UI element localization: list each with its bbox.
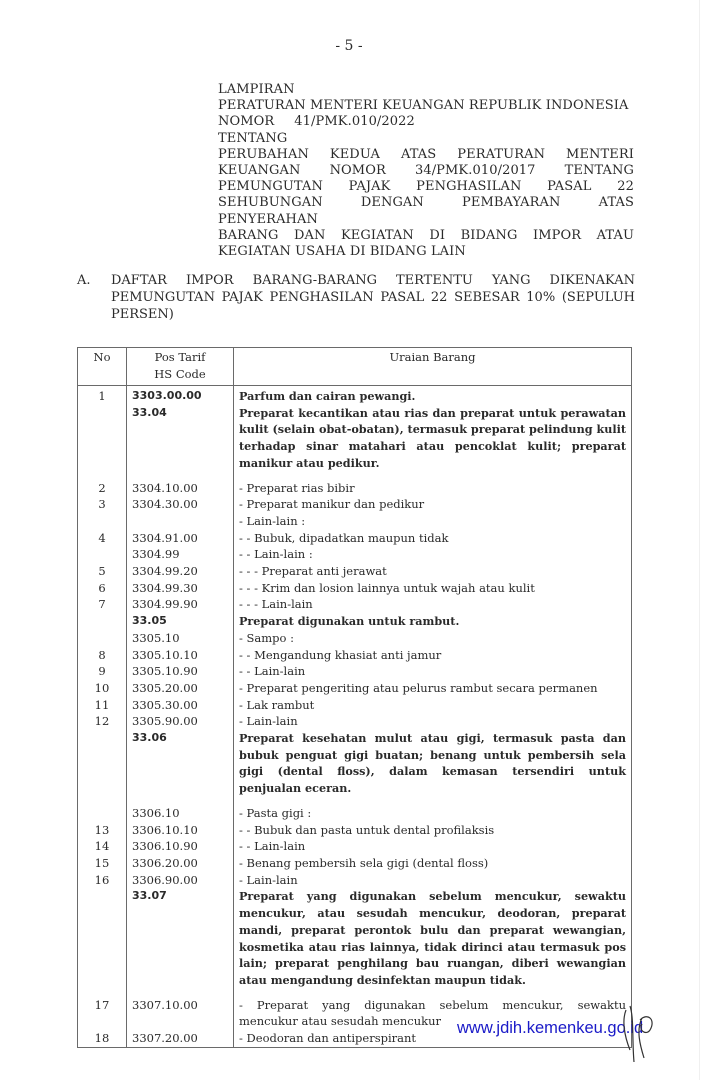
row-number: [78, 630, 127, 647]
row-number: 3: [78, 496, 127, 513]
table-row: 123305.90.00- Lain-lain: [78, 713, 632, 730]
row-spacer: [78, 797, 632, 805]
section-title-line: PERSEN): [111, 306, 635, 323]
row-number: 1: [78, 386, 127, 405]
header-hs-code: Pos Tarif HS Code: [127, 348, 234, 386]
item-description: - Lain-lain: [234, 872, 632, 889]
hs-code: 33.06: [127, 730, 234, 797]
item-description: - Pasta gigi :: [234, 805, 632, 822]
header-line: PERATURAN MENTERI KEUANGAN REPUBLIK INDO…: [218, 98, 634, 114]
section-title: DAFTAR IMPOR BARANG-BARANG TERTENTU YANG…: [111, 272, 635, 323]
item-description: - Sampo :: [234, 630, 632, 647]
hs-code: [127, 513, 234, 530]
row-number: 18: [78, 1030, 127, 1047]
item-description: - Preparat pengeriting atau pelurus ramb…: [234, 680, 632, 697]
header-line: PEMUNGUTAN PAJAK PENGHASILAN PASAL 22: [218, 179, 634, 195]
table-row: 33304.30.00- Preparat manikur dan pediku…: [78, 496, 632, 513]
hs-code: 3306.90.00: [127, 872, 234, 889]
table-row: 33.05Preparat digunakan untuk rambut.: [78, 613, 632, 630]
header-line: KEGIATAN USAHA DI BIDANG LAIN: [218, 244, 634, 260]
table-row: 33.06Preparat kesehatan mulut atau gigi,…: [78, 730, 632, 797]
table-row: 163306.90.00- Lain-lain: [78, 872, 632, 889]
hs-code: 3303.00.00: [127, 386, 234, 405]
hs-code: 3304.30.00: [127, 496, 234, 513]
table-header-row: No Pos Tarif HS Code Uraian Barang: [78, 348, 632, 386]
table-row: 153306.20.00- Benang pembersih sela gigi…: [78, 855, 632, 872]
regulation-number: 41/PMK.010/2022: [294, 114, 415, 129]
hs-code: 33.07: [127, 888, 234, 988]
item-description: Preparat digunakan untuk rambut.: [234, 613, 632, 630]
row-number: [78, 513, 127, 530]
hs-code: 3306.10.90: [127, 838, 234, 855]
header-line: PERUBAHAN KEDUA ATAS PERATURAN MENTERI: [218, 147, 634, 163]
section-title-line: DAFTAR IMPOR BARANG-BARANG TERTENTU YANG…: [111, 272, 635, 289]
row-number: 8: [78, 647, 127, 664]
table-row: 43304.91.00- - Bubuk, dipadatkan maupun …: [78, 530, 632, 547]
row-number: [78, 613, 127, 630]
section-letter: A.: [77, 272, 91, 289]
row-number: 2: [78, 480, 127, 497]
hs-code: 3304.99.90: [127, 596, 234, 613]
item-description: - Lak rambut: [234, 697, 632, 714]
item-description: - Lain-lain: [234, 713, 632, 730]
item-description: - Preparat manikur dan pedikur: [234, 496, 632, 513]
row-number: 15: [78, 855, 127, 872]
page-edge: [699, 0, 700, 1080]
table-row: 93305.10.90- - Lain-lain: [78, 663, 632, 680]
table-row: 63304.99.30- - - Krim dan losion lainnya…: [78, 580, 632, 597]
hs-code: 3304.99: [127, 546, 234, 563]
item-description: - - - Krim dan losion lainnya untuk waja…: [234, 580, 632, 597]
row-number: [78, 805, 127, 822]
row-number: 13: [78, 822, 127, 839]
header-line: BARANG DAN KEGIATAN DI BIDANG IMPOR ATAU: [218, 228, 634, 244]
table-row: 83305.10.10- - Mengandung khasiat anti j…: [78, 647, 632, 664]
hs-code: 3307.20.00: [127, 1030, 234, 1047]
table-row: 3304.99- - Lain-lain :: [78, 546, 632, 563]
row-number: 14: [78, 838, 127, 855]
table-row: 33.04Preparat kecantikan atau rias dan p…: [78, 405, 632, 472]
header-line: LAMPIRAN: [218, 82, 634, 98]
table-row: 53304.99.20- - - Preparat anti jerawat: [78, 563, 632, 580]
hs-code: 3307.10.00: [127, 997, 234, 1030]
item-description: - - Lain-lain: [234, 663, 632, 680]
row-number: [78, 405, 127, 472]
hs-code: 3305.30.00: [127, 697, 234, 714]
row-number: 6: [78, 580, 127, 597]
item-description: - - Mengandung khasiat anti jamur: [234, 647, 632, 664]
row-number: [78, 888, 127, 988]
header-no: No: [78, 348, 127, 386]
item-description: - - Bubuk, dipadatkan maupun tidak: [234, 530, 632, 547]
item-description: - Preparat rias bibir: [234, 480, 632, 497]
hs-code: 3304.10.00: [127, 480, 234, 497]
hs-code-table: No Pos Tarif HS Code Uraian Barang 13303…: [77, 347, 632, 1048]
attachment-header: LAMPIRANPERATURAN MENTERI KEUANGAN REPUB…: [218, 82, 634, 260]
row-number: 11: [78, 697, 127, 714]
item-description: Preparat kecantikan atau rias dan prepar…: [234, 405, 632, 472]
item-description: - - Lain-lain: [234, 838, 632, 855]
hs-code: 3306.10.10: [127, 822, 234, 839]
row-number: [78, 546, 127, 563]
header-line: KEUANGAN NOMOR 34/PMK.010/2017 TENTANG: [218, 163, 634, 179]
item-description: - - - Preparat anti jerawat: [234, 563, 632, 580]
table-row: 13303.00.00Parfum dan cairan pewangi.: [78, 386, 632, 405]
hs-code: 33.04: [127, 405, 234, 472]
hs-code: 3306.20.00: [127, 855, 234, 872]
hs-code: 3305.10.10: [127, 647, 234, 664]
hs-code: 3304.99.20: [127, 563, 234, 580]
row-number: 12: [78, 713, 127, 730]
signature-initial: [612, 1000, 662, 1065]
row-number: [78, 730, 127, 797]
hs-code: 3306.10: [127, 805, 234, 822]
table-row: 113305.30.00- Lak rambut: [78, 697, 632, 714]
hs-code: 3305.10.90: [127, 663, 234, 680]
table-row: 73304.99.90- - - Lain-lain: [78, 596, 632, 613]
hs-code: 3305.20.00: [127, 680, 234, 697]
row-number: 10: [78, 680, 127, 697]
row-number: 4: [78, 530, 127, 547]
item-description: - Benang pembersih sela gigi (dental flo…: [234, 855, 632, 872]
header-description: Uraian Barang: [234, 348, 632, 386]
table-row: 3305.10- Sampo :: [78, 630, 632, 647]
section-a: A. DAFTAR IMPOR BARANG-BARANG TERTENTU Y…: [77, 272, 635, 323]
row-number: 5: [78, 563, 127, 580]
row-number: 17: [78, 997, 127, 1030]
hs-code: 3304.99.30: [127, 580, 234, 597]
table-row: 133306.10.10- - Bubuk dan pasta untuk de…: [78, 822, 632, 839]
item-description: - - - Lain-lain: [234, 596, 632, 613]
header-line: TENTANG: [218, 131, 634, 147]
row-number: 7: [78, 596, 127, 613]
page-number: - 5 -: [0, 38, 706, 54]
item-description: Parfum dan cairan pewangi.: [234, 386, 632, 405]
hs-code: 3305.90.00: [127, 713, 234, 730]
item-description: - - Lain-lain :: [234, 546, 632, 563]
table-row: 33.07Preparat yang digunakan sebelum men…: [78, 888, 632, 988]
header-line: NOMOR41/PMK.010/2022: [218, 114, 634, 130]
header-line: SEHUBUNGAN DENGAN PEMBAYARAN ATAS PENYER…: [218, 195, 634, 227]
table-row: 143306.10.90- - Lain-lain: [78, 838, 632, 855]
item-description: - Lain-lain :: [234, 513, 632, 530]
item-description: Preparat yang digunakan sebelum mencukur…: [234, 888, 632, 988]
table-row: - Lain-lain :: [78, 513, 632, 530]
hs-code: 3304.91.00: [127, 530, 234, 547]
hs-code: 3305.10: [127, 630, 234, 647]
row-number: 9: [78, 663, 127, 680]
row-spacer: [78, 472, 632, 480]
row-spacer: [78, 989, 632, 997]
item-description: - - Bubuk dan pasta untuk dental profila…: [234, 822, 632, 839]
item-description: Preparat kesehatan mulut atau gigi, term…: [234, 730, 632, 797]
hs-code: 33.05: [127, 613, 234, 630]
table-row: 23304.10.00- Preparat rias bibir: [78, 480, 632, 497]
table-row: 3306.10- Pasta gigi :: [78, 805, 632, 822]
section-title-line: PEMUNGUTAN PAJAK PENGHASILAN PASAL 22 SE…: [111, 289, 635, 306]
row-number: 16: [78, 872, 127, 889]
table-row: 103305.20.00- Preparat pengeriting atau …: [78, 680, 632, 697]
